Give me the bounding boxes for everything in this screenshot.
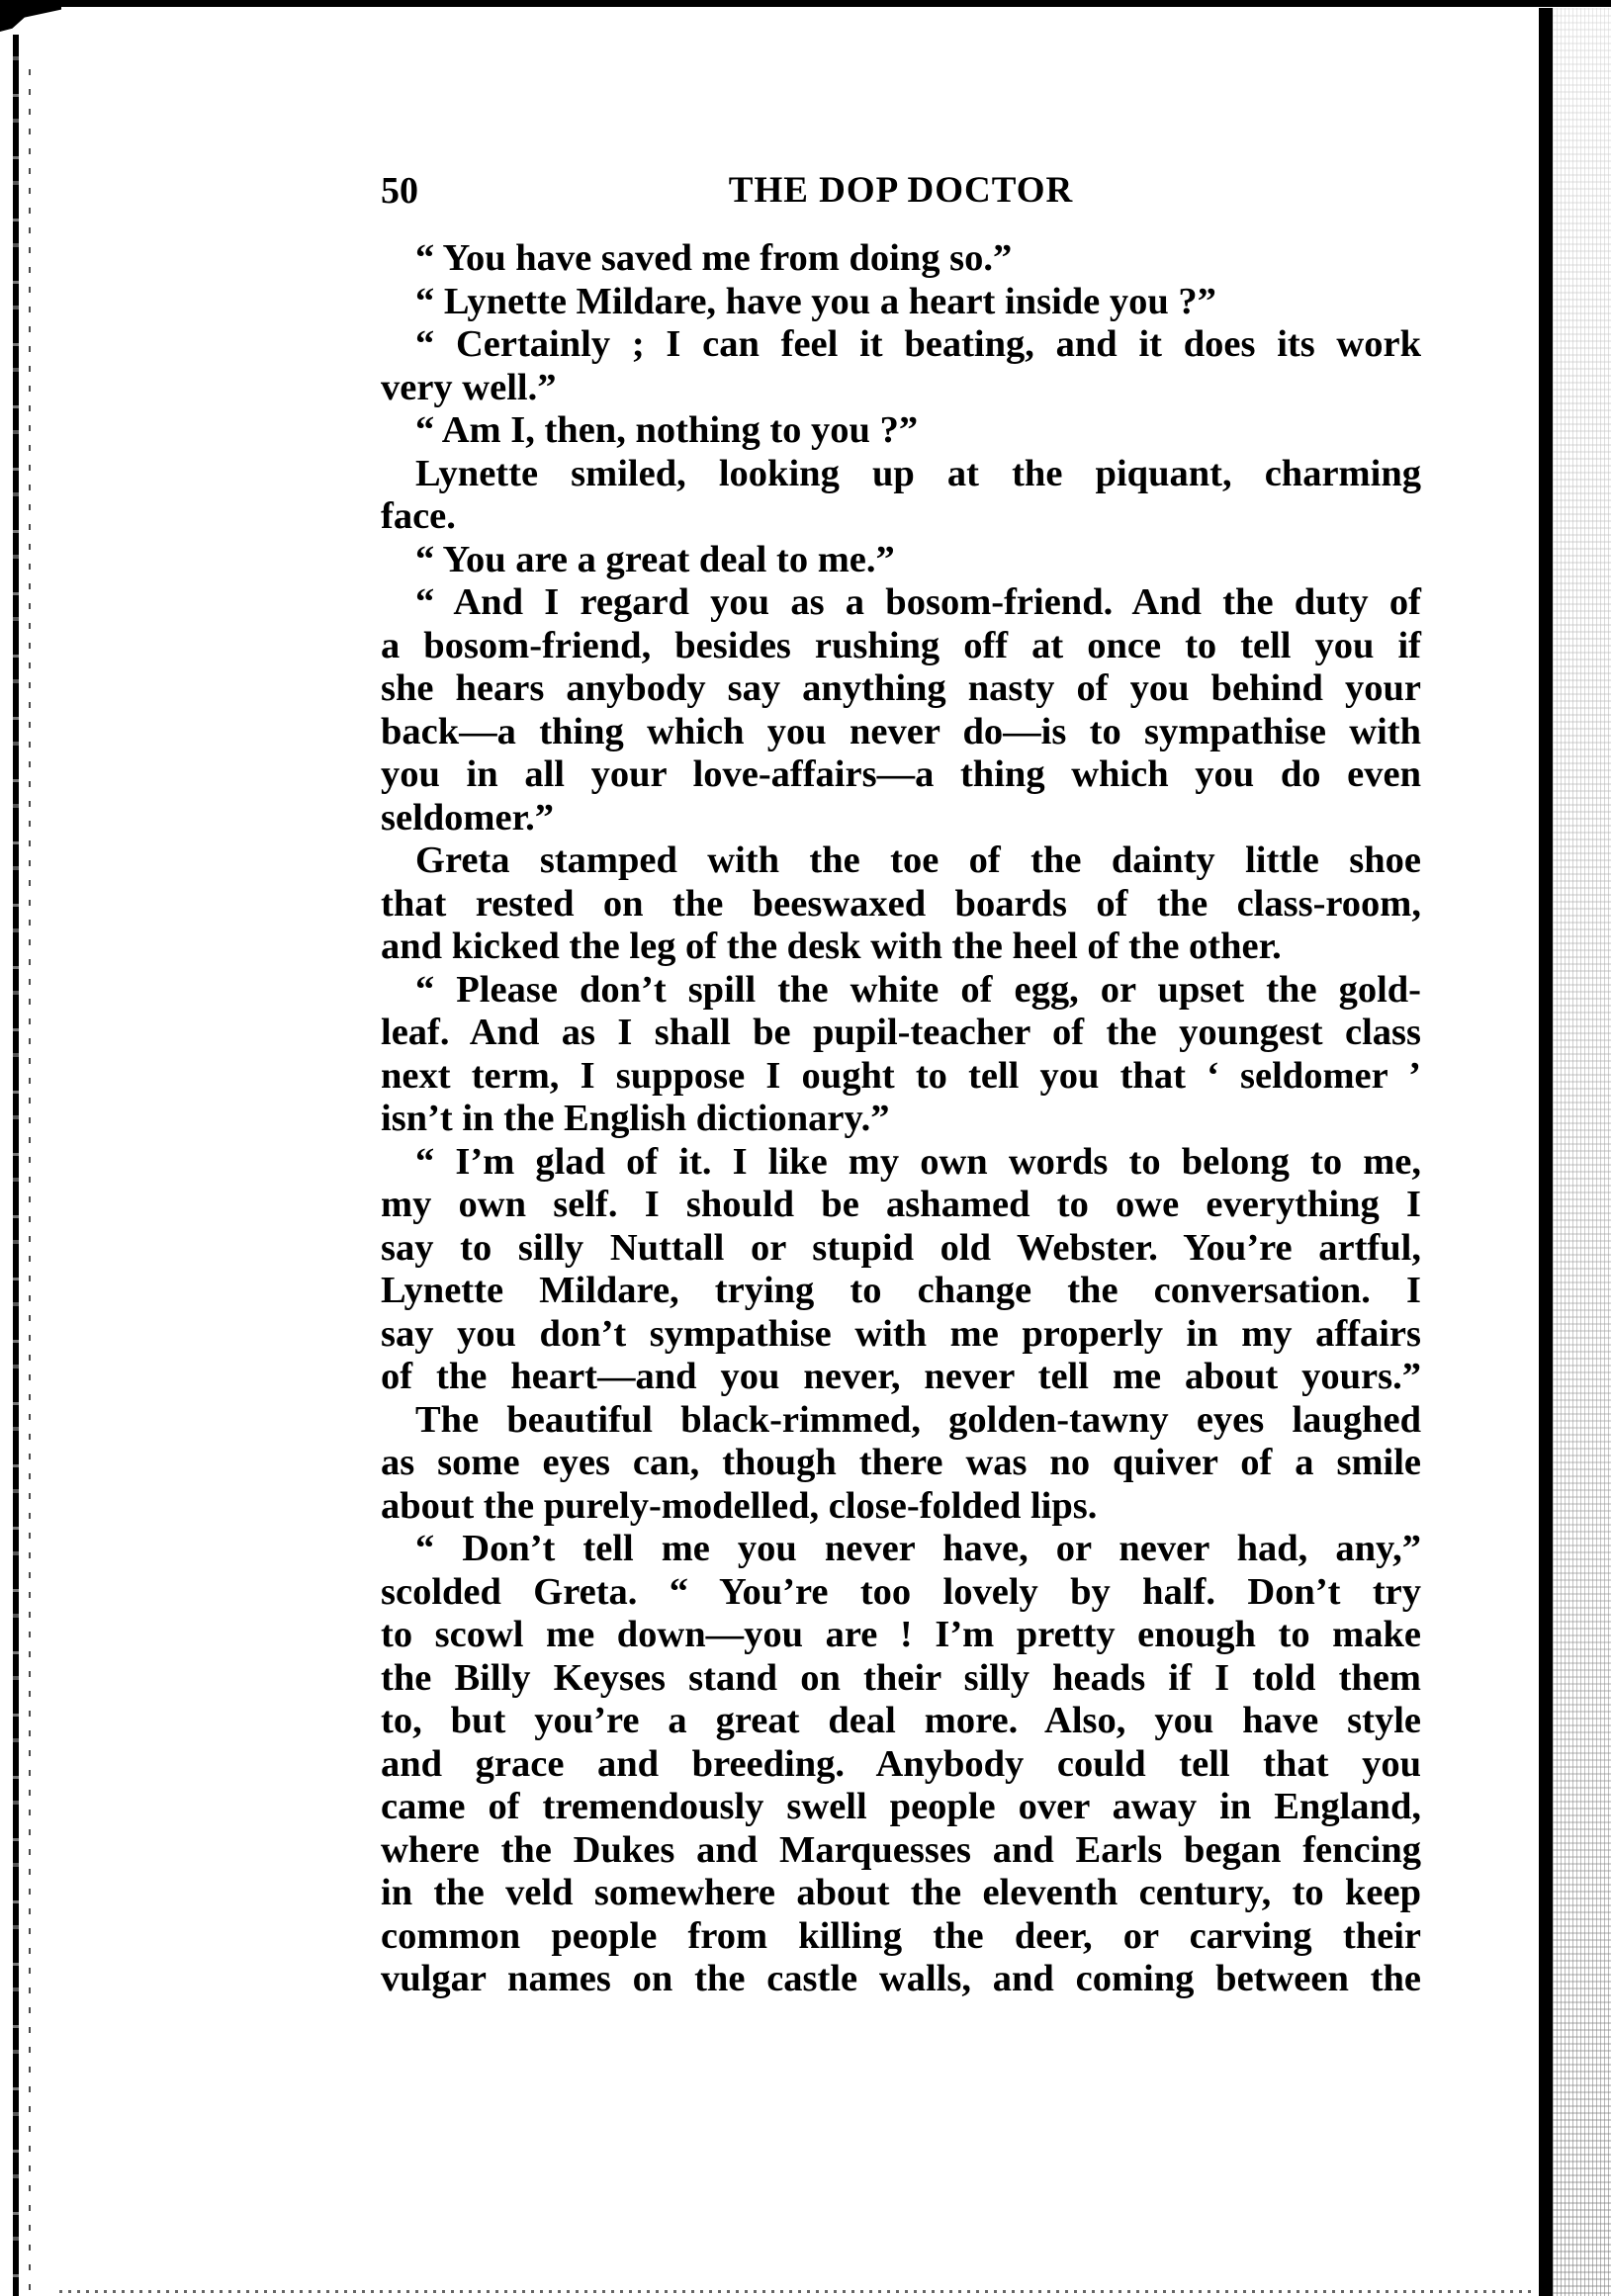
text-line: a bosom-friend, besides rushing off at o… (381, 625, 1421, 668)
text-line: face. (381, 495, 1421, 539)
scan-border-right (1539, 8, 1553, 2296)
text-line: vulgar names on the castle walls, and co… (381, 1958, 1421, 2001)
scan-border-left-inner (29, 69, 31, 2294)
scan-border-bottom (59, 2290, 1533, 2293)
text-line: The beautiful black-rimmed, golden-tawny… (381, 1399, 1421, 1443)
page-edge-speckle (1553, 8, 1611, 2296)
text-line: say to silly Nuttall or stupid old Webst… (381, 1227, 1421, 1271)
text-line: “ And I regard you as a bosom-friend. An… (381, 581, 1421, 625)
text-line: “ Lynette Mildare, have you a heart insi… (381, 281, 1421, 324)
text-line: and grace and breeding. Anybody could te… (381, 1743, 1421, 1787)
text-line: “ Am I, then, nothing to you ?” (381, 409, 1421, 453)
text-line: back—a thing which you never do—is to sy… (381, 711, 1421, 754)
text-line: leaf. And as I shall be pupil-teacher of… (381, 1012, 1421, 1055)
text-line: “ I’m glad of it. I like my own words to… (381, 1141, 1421, 1185)
text-line: she hears anybody say anything nasty of … (381, 667, 1421, 711)
text-line: “ Please don’t spill the white of egg, o… (381, 969, 1421, 1013)
text-line: scolded Greta. “ You’re too lovely by ha… (381, 1571, 1421, 1615)
scan-corner-shadow (0, 0, 61, 32)
text-line: about the purely-modelled, close-folded … (381, 1485, 1421, 1529)
text-line: to scowl me down—you are ! I’m pretty en… (381, 1614, 1421, 1657)
text-line: came of tremendously swell people over a… (381, 1786, 1421, 1829)
scan-border-top (0, 0, 1611, 7)
text-line: “ You are a great deal to me.” (381, 539, 1421, 582)
text-line: isn’t in the English dictionary.” (381, 1098, 1421, 1141)
text-line: in the veld somewhere about the eleventh… (381, 1872, 1421, 1915)
text-line: very well.” (381, 367, 1421, 410)
text-line: you in all your love-affairs—a thing whi… (381, 753, 1421, 797)
text-line: seldomer.” (381, 797, 1421, 840)
text-line: “ Don’t tell me you never have, or never… (381, 1528, 1421, 1571)
text-line: Lynette smiled, looking up at the piquan… (381, 453, 1421, 496)
text-line: Lynette Mildare, trying to change the co… (381, 1270, 1421, 1313)
text-line: that rested on the beeswaxed boards of t… (381, 883, 1421, 927)
text-line: “ You have saved me from doing so.” (381, 237, 1421, 281)
text-line: my own self. I should be ashamed to owe … (381, 1184, 1421, 1227)
text-line: Greta stamped with the toe of the dainty… (381, 839, 1421, 883)
running-head: 50 THE DOP DOCTOR (381, 166, 1421, 216)
text-line: as some eyes can, though there was no qu… (381, 1442, 1421, 1485)
scan-border-left (13, 35, 19, 2296)
text-line: the Billy Keyses stand on their silly he… (381, 1657, 1421, 1701)
text-line: and kicked the leg of the desk with the … (381, 926, 1421, 969)
text-line: to, but you’re a great deal more. Also, … (381, 1700, 1421, 1743)
text-line: next term, I suppose I ought to tell you… (381, 1055, 1421, 1099)
text-line: say you don’t sympathise with me properl… (381, 1313, 1421, 1357)
body-text: “ You have saved me from doing so.”“ Lyn… (381, 237, 1421, 2001)
text-line: common people from killing the deer, or … (381, 1915, 1421, 1959)
text-line: “ Certainly ; I can feel it beating, and… (381, 323, 1421, 367)
text-line: where the Dukes and Marquesses and Earls… (381, 1829, 1421, 1873)
text-line: of the heart—and you never, never tell m… (381, 1356, 1421, 1399)
running-title: THE DOP DOCTOR (381, 166, 1421, 216)
